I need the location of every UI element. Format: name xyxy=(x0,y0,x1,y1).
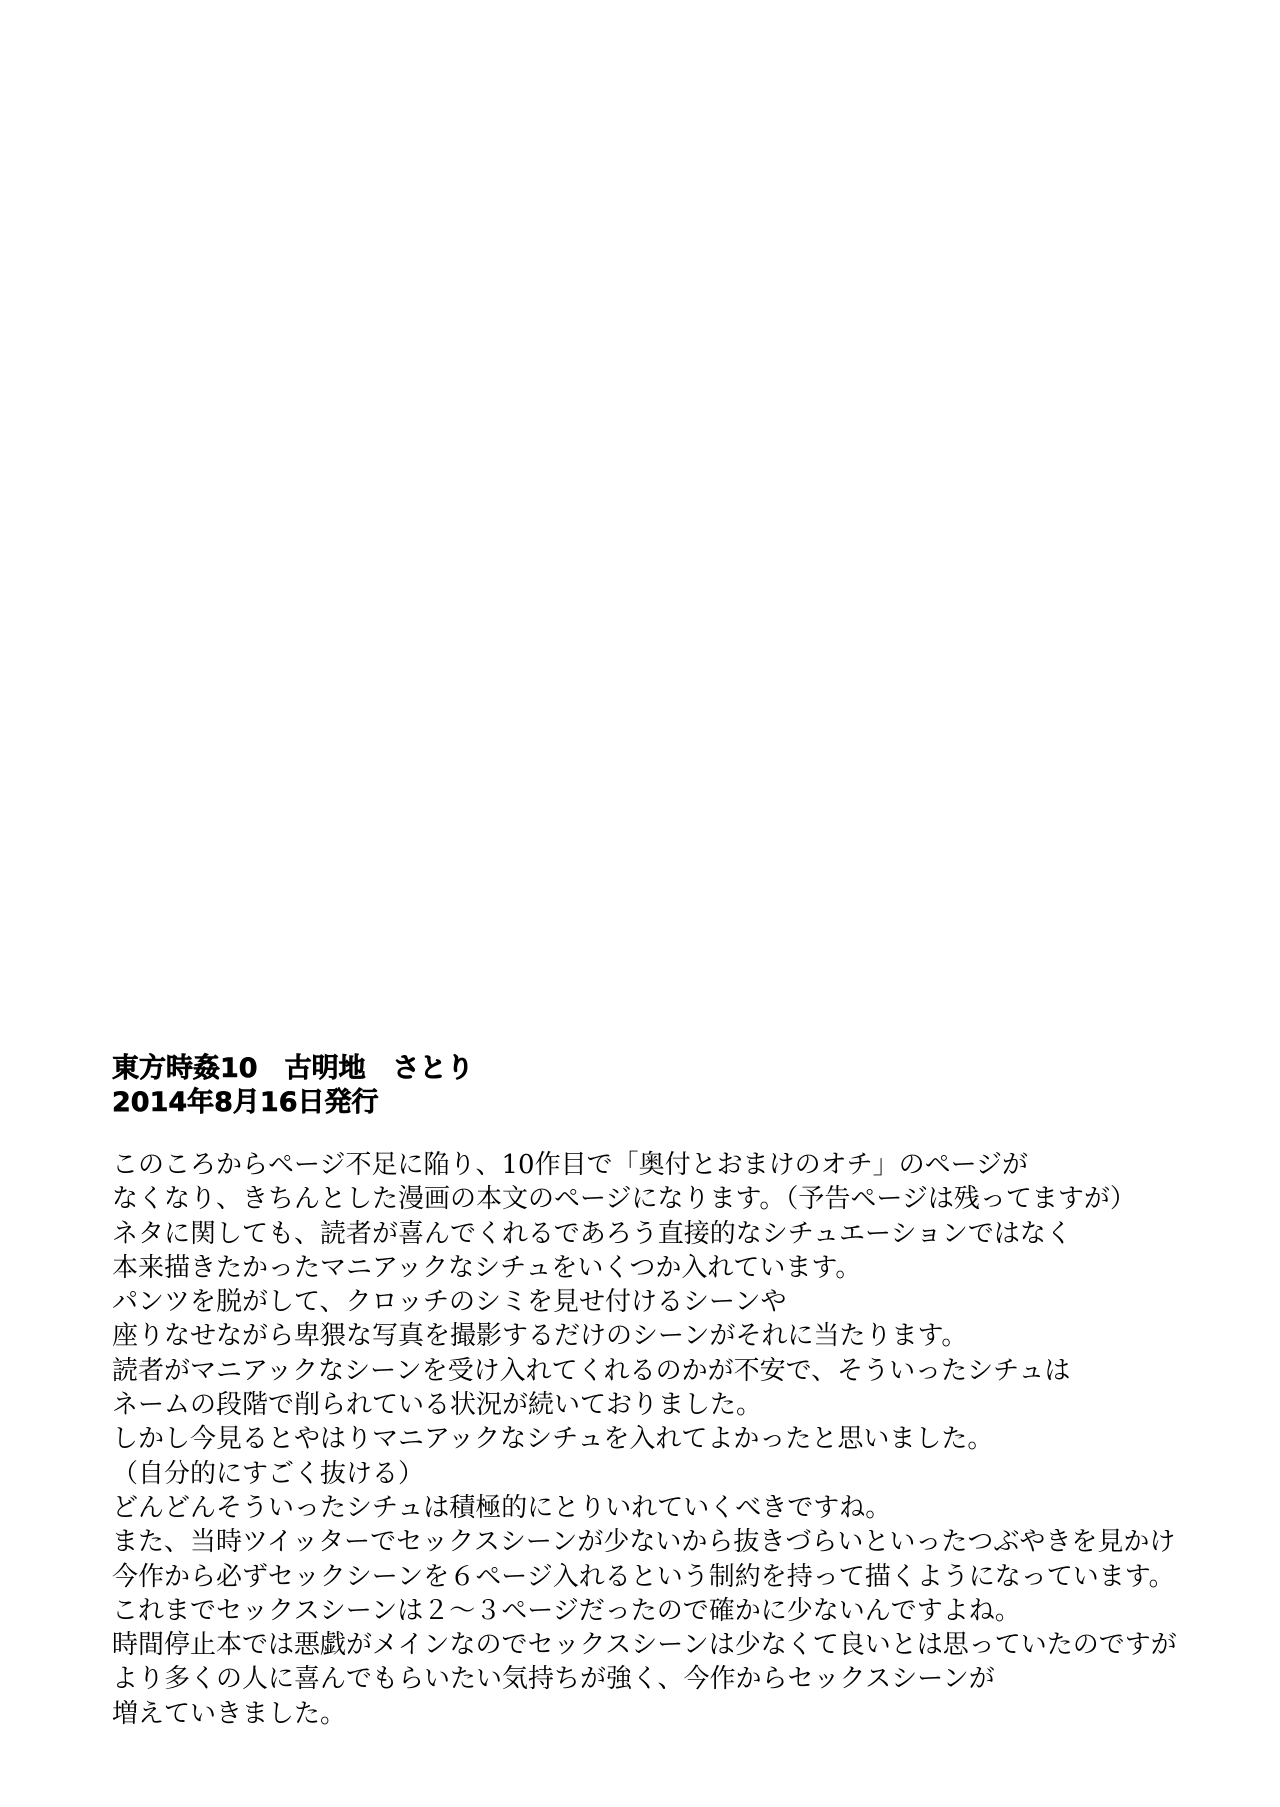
colophon-header: 東方時姦10 古明地 さとり 2014年8月16日発行 xyxy=(112,1052,474,1120)
text-line: ネタに関しても、読者が喜んでくれるであろう直接的なシチュエーションではなく xyxy=(112,1217,1177,1251)
text-line: 座りなせながら卑猥な写真を撮影するだけのシーンがそれに当たります。 xyxy=(112,1319,1177,1353)
text-line: 読者がマニアックなシーンを受け入れてくれるのかが不安で、そういったシチュは xyxy=(112,1354,1177,1388)
text-line: しかし今見るとやはりマニアックなシチュを入れてよかったと思いました。 xyxy=(112,1422,1177,1456)
text-line: （自分的にすごく抜ける） xyxy=(112,1457,1177,1491)
page: 東方時姦10 古明地 さとり 2014年8月16日発行 このころからページ不足に… xyxy=(0,0,1280,1807)
book-title: 東方時姦10 古明地 さとり xyxy=(112,1052,474,1086)
text-line: なくなり、きちんとした漫画の本文のページになります。（予告ページは残ってますが） xyxy=(112,1182,1177,1216)
text-line: また、当時ツイッターでセックスシーンが少ないから抜きづらいといったつぶやきを見か… xyxy=(112,1525,1177,1559)
text-line: ネームの段階で削られている状況が続いておりました。 xyxy=(112,1388,1177,1422)
text-line: どんどんそういったシチュは積極的にとりいれていくべきですね。 xyxy=(112,1491,1177,1525)
publication-date: 2014年8月16日発行 xyxy=(112,1086,474,1120)
afterword-text: このころからページ不足に陥り、10作目で「奥付とおまけのオチ」のページが なくな… xyxy=(112,1148,1177,1731)
text-line: 増えていきました。 xyxy=(112,1697,1177,1731)
text-line: 本来描きたかったマニアックなシチュをいくつか入れています。 xyxy=(112,1251,1177,1285)
text-line: 時間停止本では悪戯がメインなのでセックスシーンは少なくて良いとは思っていたのです… xyxy=(112,1628,1177,1662)
text-line: 今作から必ずセックシーンを６ページ入れるという制約を持って描くようになっています… xyxy=(112,1560,1177,1594)
text-line: より多くの人に喜んでもらいたい気持ちが強く、今作からセックスシーンが xyxy=(112,1662,1177,1696)
text-line: パンツを脱がして、クロッチのシミを見せ付けるシーンや xyxy=(112,1285,1177,1319)
text-line: このころからページ不足に陥り、10作目で「奥付とおまけのオチ」のページが xyxy=(112,1148,1177,1182)
text-line: これまでセックスシーンは２～３ページだったので確かに少ないんですよね。 xyxy=(112,1594,1177,1628)
